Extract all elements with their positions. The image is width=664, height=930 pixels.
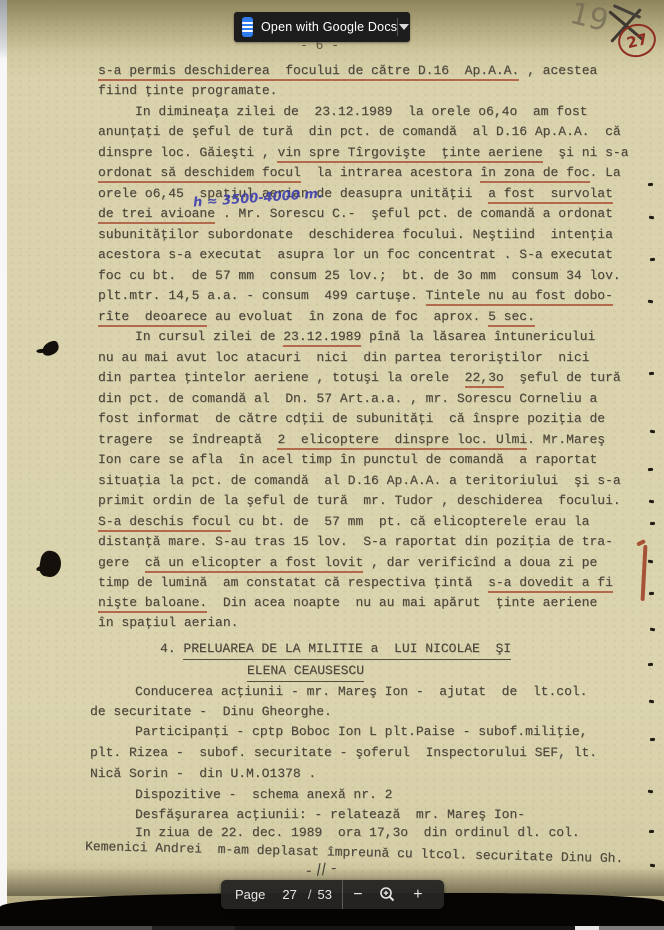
typed-line: primit ordin de la şeful de tură mr. Tud… <box>98 492 621 509</box>
current-page-input[interactable]: 27 <box>277 886 301 903</box>
typed-segment: de securitate - Dinu Gheorghe. <box>90 704 332 719</box>
typed-line: S-a deschis focul cu bt. de 57 mm pt. că… <box>98 513 589 530</box>
typed-line: Nică Sorin - din U.M.O1378 . <box>90 765 316 782</box>
typed-line: s-a permis deschiderea focului de către … <box>98 62 597 79</box>
typed-line: Ion care se afla în acel timp în punctul… <box>98 451 597 468</box>
typed-segment: . Mr.Mareş <box>527 432 605 447</box>
red-underlined-segment: 23.12.1989 <box>283 329 361 347</box>
typed-segment: plt. Rizea - subof. securitate - şoferul… <box>90 745 597 760</box>
zoom-in-button[interactable]: + <box>403 880 433 909</box>
typed-segment: şi ni s-a <box>543 145 629 160</box>
typed-line: fiind ţinte programate. <box>98 82 277 99</box>
typed-line: din pct. de comandă al Dn. 57 Art.a.a. ,… <box>98 390 597 407</box>
typed-underlined-segment: PRELUAREA DE LA MILITIE a LUI NICOLAE ŞI <box>183 641 511 660</box>
typed-underlined-segment: ELENA CEAUSESCU <box>247 663 364 682</box>
typed-line: anunţaţi de şeful de tură din pct. de co… <box>98 123 621 140</box>
edge-dash-mark <box>648 468 653 472</box>
edge-dash-mark <box>650 738 655 742</box>
typed-segment: şeful de tură <box>504 370 621 385</box>
typed-segment: fiind ţinte programate. <box>98 83 277 98</box>
red-underlined-segment: vin spre Tîrgovişte ţinte aeriene <box>277 145 542 163</box>
typed-line: In dimineaţa zilei de 23.12.1989 la orel… <box>135 103 587 120</box>
red-underlined-segment: a fost survolat <box>488 186 613 204</box>
typed-segment: , dar verificînd a doua zi pe <box>363 555 597 570</box>
edge-dash-mark <box>648 663 653 667</box>
typed-segment: In ziua de 22. dec. 1989 ora 17,3o din o… <box>135 825 580 840</box>
typed-segment: la intrarea acestora <box>301 165 480 180</box>
edge-dash-mark <box>648 560 653 564</box>
typed-line: In cursul zilei de 23.12.1989 pînă la lă… <box>135 328 595 345</box>
edge-dash-mark <box>648 300 653 304</box>
edge-dash-mark <box>649 372 654 376</box>
typed-line: 4. PRELUAREA DE LA MILITIE a LUI NICOLAE… <box>160 640 511 657</box>
page-label: Page <box>235 887 265 902</box>
edge-dash-mark <box>650 522 655 526</box>
typed-line: Desfăşurarea acţiunii: - relatează mr. M… <box>135 806 525 823</box>
typed-line: subunităţilor subordonate deschiderea fo… <box>98 226 613 243</box>
typed-segment: Kemenici Andrei m-am deplasat împreună c… <box>85 839 623 866</box>
red-underlined-segment: ordonat să deschidem focul <box>98 165 301 183</box>
typed-segment: situaţia la pct. de comandă al D.16 Ap.A… <box>98 473 621 488</box>
typed-segment: Conducerea acţiunii - mr. Mareş Ion - aj… <box>135 684 587 699</box>
edge-dash-mark <box>649 216 654 220</box>
total-pages: 53 <box>317 887 331 902</box>
edge-dash-mark <box>649 592 654 596</box>
typed-line: plt.mtr. 14,5 a.a. - consum 499 cartuşe.… <box>98 287 613 304</box>
typed-line: Dispozitive - schema anexă nr. 2 <box>135 786 392 803</box>
typed-line: situaţia la pct. de comandă al D.16 Ap.A… <box>98 472 621 489</box>
scrollbar-thumb[interactable] <box>152 926 235 930</box>
typed-line: fost informat de către cdţii de subunită… <box>98 410 605 427</box>
edge-dash-mark <box>649 500 654 504</box>
typed-segment: în spaţiul aerian. <box>98 615 238 630</box>
red-underlined-segment: S-a deschis focul <box>98 514 231 532</box>
typed-segment: , acestea <box>519 63 597 78</box>
red-underlined-segment: Tintele nu au fost dobo- <box>426 288 613 306</box>
red-underlined-segment: s-a permis deschiderea focului de către … <box>98 63 519 81</box>
typed-line: rîte deoarece au evoluat în zona de foc … <box>98 308 535 325</box>
google-docs-icon <box>242 17 253 37</box>
typed-segment: gere <box>98 555 145 570</box>
typed-line: în spaţiul aerian. <box>98 614 238 631</box>
typed-segment: cu bt. de 57 mm pt. că elicopterele erau… <box>231 514 590 529</box>
edge-dash-mark <box>649 700 654 704</box>
typed-segment: Ion care se afla în acel timp în punctul… <box>98 452 597 467</box>
typed-segment: In dimineaţa zilei de 23.12.1989 la orel… <box>135 104 587 119</box>
typed-segment: acestora s-a executat asupra lor un foc … <box>98 247 613 262</box>
typed-segment: nu au mai avut loc atacuri nici din part… <box>98 350 589 365</box>
typed-segment: pînă la lăsarea întunericului <box>361 329 595 344</box>
typed-segment: In cursul zilei de <box>135 329 283 344</box>
typed-segment: din pct. de comandă al Dn. 57 Art.a.a. ,… <box>98 391 597 406</box>
open-button-label: Open with Google Docs <box>261 20 397 34</box>
scrollbar-segment <box>575 926 599 930</box>
typed-segment: din partea ţintelor aeriene , totuşi la … <box>98 370 465 385</box>
typed-segment: distanţă mare. S-au tras 15 lov. S-a rap… <box>98 534 613 549</box>
edge-dash-mark <box>649 830 654 834</box>
zoom-magnifier-icon[interactable] <box>373 880 403 909</box>
typed-segment: 4. <box>160 641 183 656</box>
typed-line: dinspre loc. Găieşti , vin spre Tîrgoviş… <box>98 144 629 161</box>
scrollbar-track <box>0 926 152 930</box>
typed-line: de trei avioane . Mr. Sorescu C.- şeful … <box>98 205 613 222</box>
typed-segment: anunţaţi de şeful de tură din pct. de co… <box>98 124 621 139</box>
typed-segment: Dispozitive - schema anexă nr. 2 <box>135 787 392 802</box>
typed-line: tragere se îndreaptă 2 elicoptere dinspr… <box>98 431 605 448</box>
typed-segment: plt.mtr. 14,5 a.a. - consum 499 cartuşe. <box>98 288 426 303</box>
typed-segment: foc cu bt. de 57 mm consum 25 lov.; bt. … <box>98 268 621 283</box>
typed-line: orele o6,45 spaţiul aerian de deasupra u… <box>98 185 613 202</box>
edge-dash-mark <box>650 430 655 434</box>
dropdown-caret-icon[interactable] <box>398 24 410 30</box>
horizontal-scrollbar[interactable] <box>0 926 664 930</box>
typed-segment: . La <box>590 165 621 180</box>
typed-segment: Din acea noapte nu au mai apărut ţinte a… <box>207 595 597 610</box>
typed-line: In ziua de 22. dec. 1989 ora 17,3o din o… <box>135 824 580 841</box>
open-with-google-docs-button[interactable]: Open with Google Docs <box>234 12 410 42</box>
typed-line: distanţă mare. S-au tras 15 lov. S-a rap… <box>98 533 613 550</box>
red-underlined-segment: s-a dovedit a fi <box>488 575 613 593</box>
document-text-layer: s-a permis deschiderea focului de către … <box>0 0 664 930</box>
edge-dash-mark <box>648 183 653 187</box>
typed-segment: primit ordin de la şeful de tură mr. Tud… <box>98 493 621 508</box>
red-underlined-segment: rîte deoarece <box>98 309 207 327</box>
typed-segment: fost informat de către cdţii de subunită… <box>98 411 605 426</box>
typed-line: acestora s-a executat asupra lor un foc … <box>98 246 613 263</box>
typed-line: nu au mai avut loc atacuri nici din part… <box>98 349 589 366</box>
typed-segment: Participanţi - cptp Boboc Ion L plt.Pais… <box>135 724 587 739</box>
red-underlined-segment: 22,3o <box>465 370 504 388</box>
typed-segment: au evoluat în zona de foc aprox. <box>207 309 488 324</box>
typed-line: Participanţi - cptp Boboc Ion L plt.Pais… <box>135 723 587 740</box>
typed-line: ordonat să deschidem focul la intrarea a… <box>98 164 621 181</box>
typed-line: foc cu bt. de 57 mm consum 25 lov.; bt. … <box>98 267 621 284</box>
typed-line: timp de lumină am constatat că respectiv… <box>98 574 613 591</box>
red-underlined-segment: în zona de foc <box>480 165 589 183</box>
edge-dash-mark <box>650 864 655 868</box>
red-underlined-segment: că un elicopter a fost lovit <box>145 555 363 573</box>
red-underlined-segment: 5 sec. <box>488 309 535 327</box>
typed-line: Conducerea acţiunii - mr. Mareş Ion - aj… <box>135 683 587 700</box>
typed-line: de securitate - Dinu Gheorghe. <box>90 703 332 720</box>
typed-segment: . Mr. Sorescu C.- şeful pct. de comandă … <box>215 206 613 221</box>
red-underlined-segment: 2 elicoptere dinspre loc. Ulmi <box>277 432 527 450</box>
red-underlined-segment: nişte baloane. <box>98 595 207 613</box>
typed-line: Kemenici Andrei m-am deplasat împreună c… <box>85 838 624 867</box>
typed-line: ELENA CEAUSESCU <box>247 662 364 679</box>
typed-segment: Desfăşurarea acţiunii: - relatează mr. M… <box>135 807 525 822</box>
typed-segment: timp de lumină am constatat că respectiv… <box>98 575 488 590</box>
edge-dash-mark <box>648 790 653 794</box>
typed-segment: subunităţilor subordonate deschiderea fo… <box>98 227 613 242</box>
edge-dash-mark <box>650 628 655 632</box>
typed-segment: tragere se îndreaptă <box>98 432 277 447</box>
page-separator: / <box>308 887 312 902</box>
page-navigation-toolbar: Page 27 / 53 − + <box>221 880 444 909</box>
typed-segment: dinspre loc. Găieşti , <box>98 145 277 160</box>
scrollbar-segment <box>599 926 664 930</box>
typed-line: gere că un elicopter a fost lovit , dar … <box>98 554 597 571</box>
typed-line: din partea ţintelor aeriene , totuşi la … <box>98 369 621 386</box>
edge-dash-mark <box>650 258 655 262</box>
zoom-out-button[interactable]: − <box>343 880 373 909</box>
typed-line: nişte baloane. Din acea noapte nu au mai… <box>98 594 597 611</box>
typed-line: plt. Rizea - subof. securitate - şoferul… <box>90 744 597 761</box>
typed-segment: Nică Sorin - din U.M.O1378 . <box>90 766 316 781</box>
